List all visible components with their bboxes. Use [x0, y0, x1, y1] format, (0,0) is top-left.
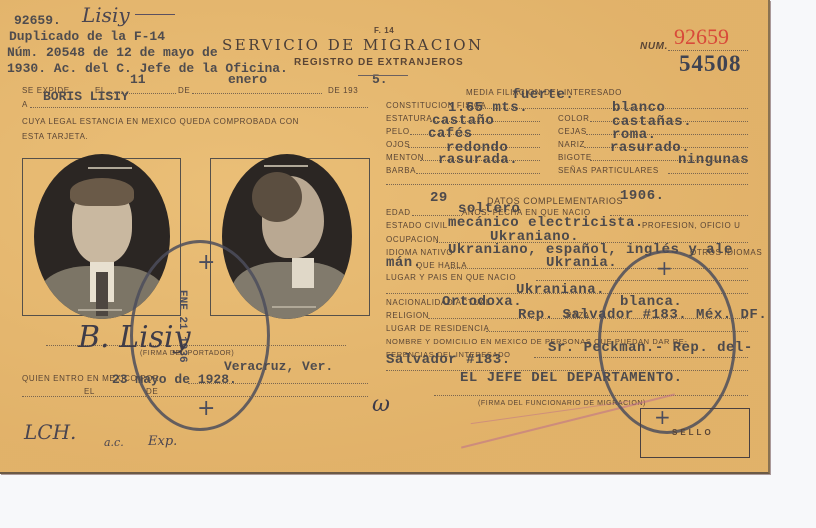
field-label-lugar-nacimiento: LUGAR Y PAIS EN QUE NACIO	[386, 273, 516, 282]
firma-portador-label: (FIRMA DEL PORTADOR)	[140, 350, 234, 357]
handwritten-exp: Exp.	[148, 434, 177, 449]
entry-el-label: EL	[84, 387, 95, 396]
field-value-referencias-2: Salvador #183.	[386, 352, 511, 368]
field-label-menton: MENTON	[386, 153, 424, 162]
de-label: DE	[178, 86, 190, 95]
registration-number: 54508	[679, 51, 742, 77]
entry-date: 23 mayo de 1928.	[112, 372, 237, 387]
field-label-ojos: OJOS	[386, 140, 410, 149]
field-label-estatura: ESTATURA	[386, 114, 432, 123]
field-label-cejas: CEJAS	[558, 127, 587, 136]
page-subtitle: REGISTRO DE EXTRANJEROS	[294, 57, 464, 68]
stamp-cross-icon: +	[197, 250, 215, 275]
field-value-senas: ningunas	[678, 152, 749, 168]
handwritten-ac: a.c.	[104, 436, 124, 449]
field-value-religion: Ortodoxa.	[442, 294, 522, 310]
issue-month: enero	[228, 72, 267, 87]
field-value-nacionalidad: Ukraniana.	[516, 282, 605, 298]
field-label-ocupacion: OCUPACION	[386, 235, 439, 244]
stamp-cross-icon: +	[197, 396, 215, 421]
field-label-barba: BARBA	[386, 166, 416, 175]
legal-text-2: ESTA TARJETA.	[22, 132, 88, 141]
field-label-profesion: PROFESION, OFICIO U	[642, 221, 741, 230]
header-line-2: Duplicado de la F-14	[9, 29, 165, 44]
field-value-fecha-nacimiento: 1906.	[620, 188, 665, 204]
issue-day: 11	[130, 72, 146, 87]
field-label-religion: RELIGION	[386, 311, 429, 320]
handwritten-initials: LCH.	[24, 420, 76, 444]
header-serial-typed: 92659.	[14, 13, 61, 28]
page-title: SERVICIO DE MIGRACION	[222, 36, 484, 54]
staple-top-right	[264, 165, 308, 167]
legal-text-1: CUYA LEGAL ESTANCIA EN MEXICO QUEDA COMP…	[22, 117, 299, 126]
field-label-estado-civil: ESTADO CIVIL	[386, 221, 448, 230]
entry-de-label: DE	[146, 387, 158, 396]
staple-top-left	[88, 167, 132, 169]
header-handwritten-name: Lisiy	[82, 3, 130, 27]
staple-bottom-left	[78, 309, 122, 311]
field-value-lugar-nacimiento: Ukrania.	[546, 255, 617, 271]
handwritten-underline	[135, 14, 175, 15]
field-label-residencia: LUGAR DE RESIDENCIA	[386, 324, 489, 333]
field-value-edad: 29	[430, 190, 448, 206]
field-label-pelo: PELO	[386, 127, 410, 136]
field-label-nariz: NARIZ	[558, 140, 585, 149]
immigration-registration-card: 92659. Lisiy Duplicado de la F-14 Núm. 2…	[0, 0, 770, 474]
form-code: F. 14	[374, 26, 394, 35]
holder-name: BORIS LISIY	[43, 89, 129, 104]
handwritten-mark: ω	[372, 392, 390, 417]
stamp-cross-icon: +	[656, 256, 673, 280]
staple-bottom-right	[272, 306, 316, 308]
de193-label: DE 193	[328, 86, 358, 95]
num-label: NUM.	[640, 41, 668, 52]
field-label-edad: EDAD	[386, 208, 411, 217]
field-value-barba: rasurada.	[438, 152, 518, 168]
port-of-entry: Veracruz, Ver.	[224, 359, 333, 374]
serial-number-red: 92659	[674, 24, 729, 50]
field-label-color: COLOR	[558, 114, 589, 123]
field-label-senas: SEÑAS PARTICULARES	[558, 166, 659, 175]
a-label: A	[22, 100, 28, 109]
header-line-3: Núm. 20548 de 12 de mayo de	[7, 45, 218, 60]
sello-label: SELLO	[672, 428, 714, 437]
field-label-bigote: BIGOTE	[558, 153, 592, 162]
